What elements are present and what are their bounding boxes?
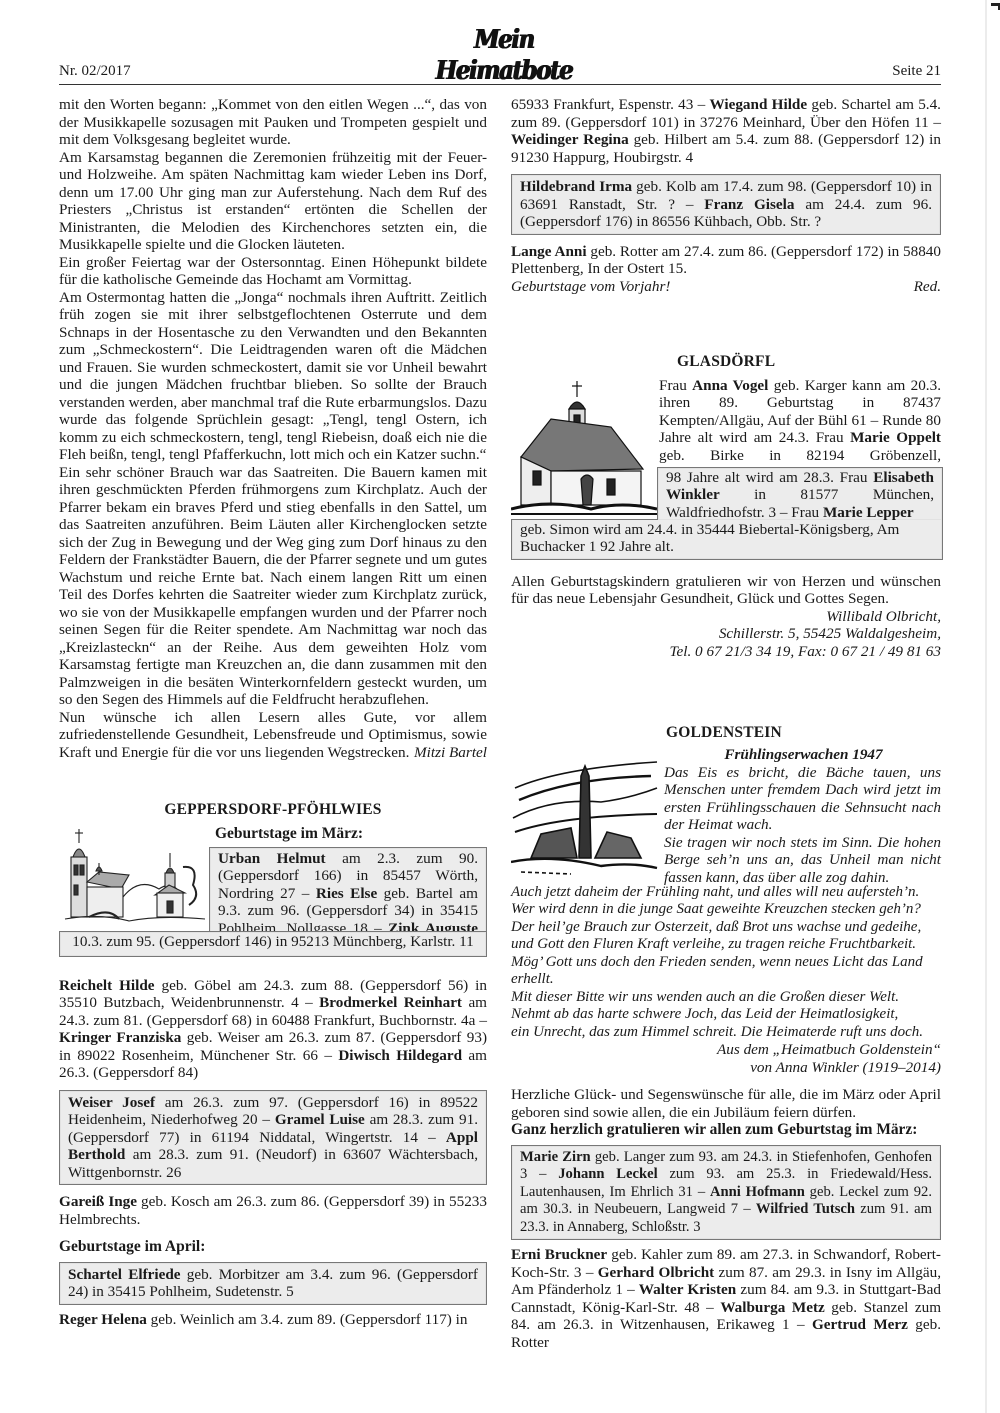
church-illustration [59,827,207,935]
birthday-entry-lange: Lange Anni geb. Rotter am 27.4. zum 86. … [511,243,941,278]
section-title-geppersdorf: GEPPERSDORF-PFÖHLWIES [59,801,487,819]
glasdoerfl-signature: Willibald Olbricht, Schillerstr. 5, 5542… [511,608,941,661]
town-illustration [511,758,659,876]
article-paragraph: Ein großer Feiertag war der Ostersonntag… [59,254,487,289]
birthday-box-april: Schartel Elfriede geb. Morbitzer am 3.4.… [59,1262,487,1305]
editor-signature: Red. [914,278,941,296]
section-title-goldenstein: GOLDENSTEIN [511,724,941,742]
heading-goldenstein-march: Ganz herzlich gratulieren wir allen zum … [511,1121,941,1139]
article-closing: Nun wünsche ich allen Lesern alles Gute,… [59,709,487,762]
right-column: 65933 Frankfurt, Espenstr. 43 – Wiegand … [511,96,941,1351]
article-author: Mitzi Bartel [414,744,487,762]
glasdoerfl-box-tail: geb. Simon wird am 24.4. in 35444 Bieber… [520,521,930,556]
poem-source: Aus dem „Heimatbuch Goldenstein“ von Ann… [511,1041,941,1076]
goldenstein-wishes: Herzliche Glück- und Segenswünsche für a… [511,1086,941,1121]
glasdoerfl-box-text: 98 Jahre alt wird am 28.3. Frau Elisabet… [666,469,934,522]
poem-title: Frühlingserwachen 1947 [666,746,941,764]
poem-continuation: Auch jetzt daheim der Frühling naht, und… [511,884,941,1042]
birthday-list-april-cont: 65933 Frankfurt, Espenstr. 43 – Wiegand … [511,96,941,166]
page-header: Nr. 02/2017 Mein Heimatbote Seite 21 [59,46,941,85]
birthday-box-april-2: Hildebrand Irma geb. Kolb am 17.4. zum 9… [511,174,941,235]
article-paragraph: Ein sehr schöner Brauch war das Saatreit… [59,464,487,709]
geppersdorf-intro-block: Geburtstage im März: Urban Helmut am 2.3… [59,825,487,973]
editor-note: Geburtstage vom Vorjahr! Red. [511,278,941,296]
chapel-illustration [511,379,657,515]
chapel-drawing-icon [511,379,657,515]
goldenstein-list-march: Erni Bruckner geb. Kahler zum 89. am 27.… [511,1246,941,1351]
article-paragraph: mit den Worten begann: „Kommet von den e… [59,96,487,149]
birthday-list-march: Reichelt Hilde geb. Göbel am 24.3. zum 8… [59,977,487,1082]
poem-stanza-2: Sie tragen wir noch stets im Sinn. Die h… [664,834,941,887]
heading-march-birthdays: Geburtstage im März: [215,825,363,843]
left-column: mit den Worten begann: „Kommet von den e… [59,96,487,1328]
birthday-box-march-2: Weiser Josef am 26.3. zum 97. (Geppersdo… [59,1090,487,1186]
article-paragraph: Am Ostermontag hatten die „Jonga“ nochma… [59,289,487,464]
page-number: Seite 21 [892,63,941,80]
masthead-logo: Mein Heimatbote [424,24,584,86]
church-drawing-icon [59,827,207,935]
page-edge-shadow [985,0,987,1413]
issue-number: Nr. 02/2017 [59,63,131,80]
birthday-box-march-1-bottom: 10.3. zum 95. (Geppersdorf 146) in 95213… [59,931,487,957]
goldenstein-box-march: Marie Zirn geb. Langer zum 93. am 24.3. … [511,1145,941,1241]
article-paragraph: Am Karsamstag begannen die Zeremonien fr… [59,149,487,254]
section-title-glasdoerfl: GLASDÖRFL [511,353,941,371]
poem-stanza-1: Das Eis es bricht, die Bäche tauen, uns … [664,764,941,834]
birthday-list-april: Reger Helena geb. Weinlich am 3.4. zum 8… [59,1311,487,1329]
glasdoerfl-greeting: Allen Geburtstagskindern gratulieren wir… [511,573,941,608]
glasdoerfl-block: Frau Anna Vogel geb. Karger kann am 20.3… [511,377,941,573]
town-drawing-icon [511,758,659,876]
birthday-list-march-2: Gareiß Inge geb. Kosch am 26.3. zum 86. … [59,1193,487,1228]
birthday-box-march-1: Urban Helmut am 2.3. zum 90. (Geppersdor… [209,847,487,937]
goldenstein-poem-block: Frühlingserwachen 1947 Das Eis es bricht… [511,746,941,886]
heading-april-birthdays: Geburtstage im April: [59,1238,487,1256]
